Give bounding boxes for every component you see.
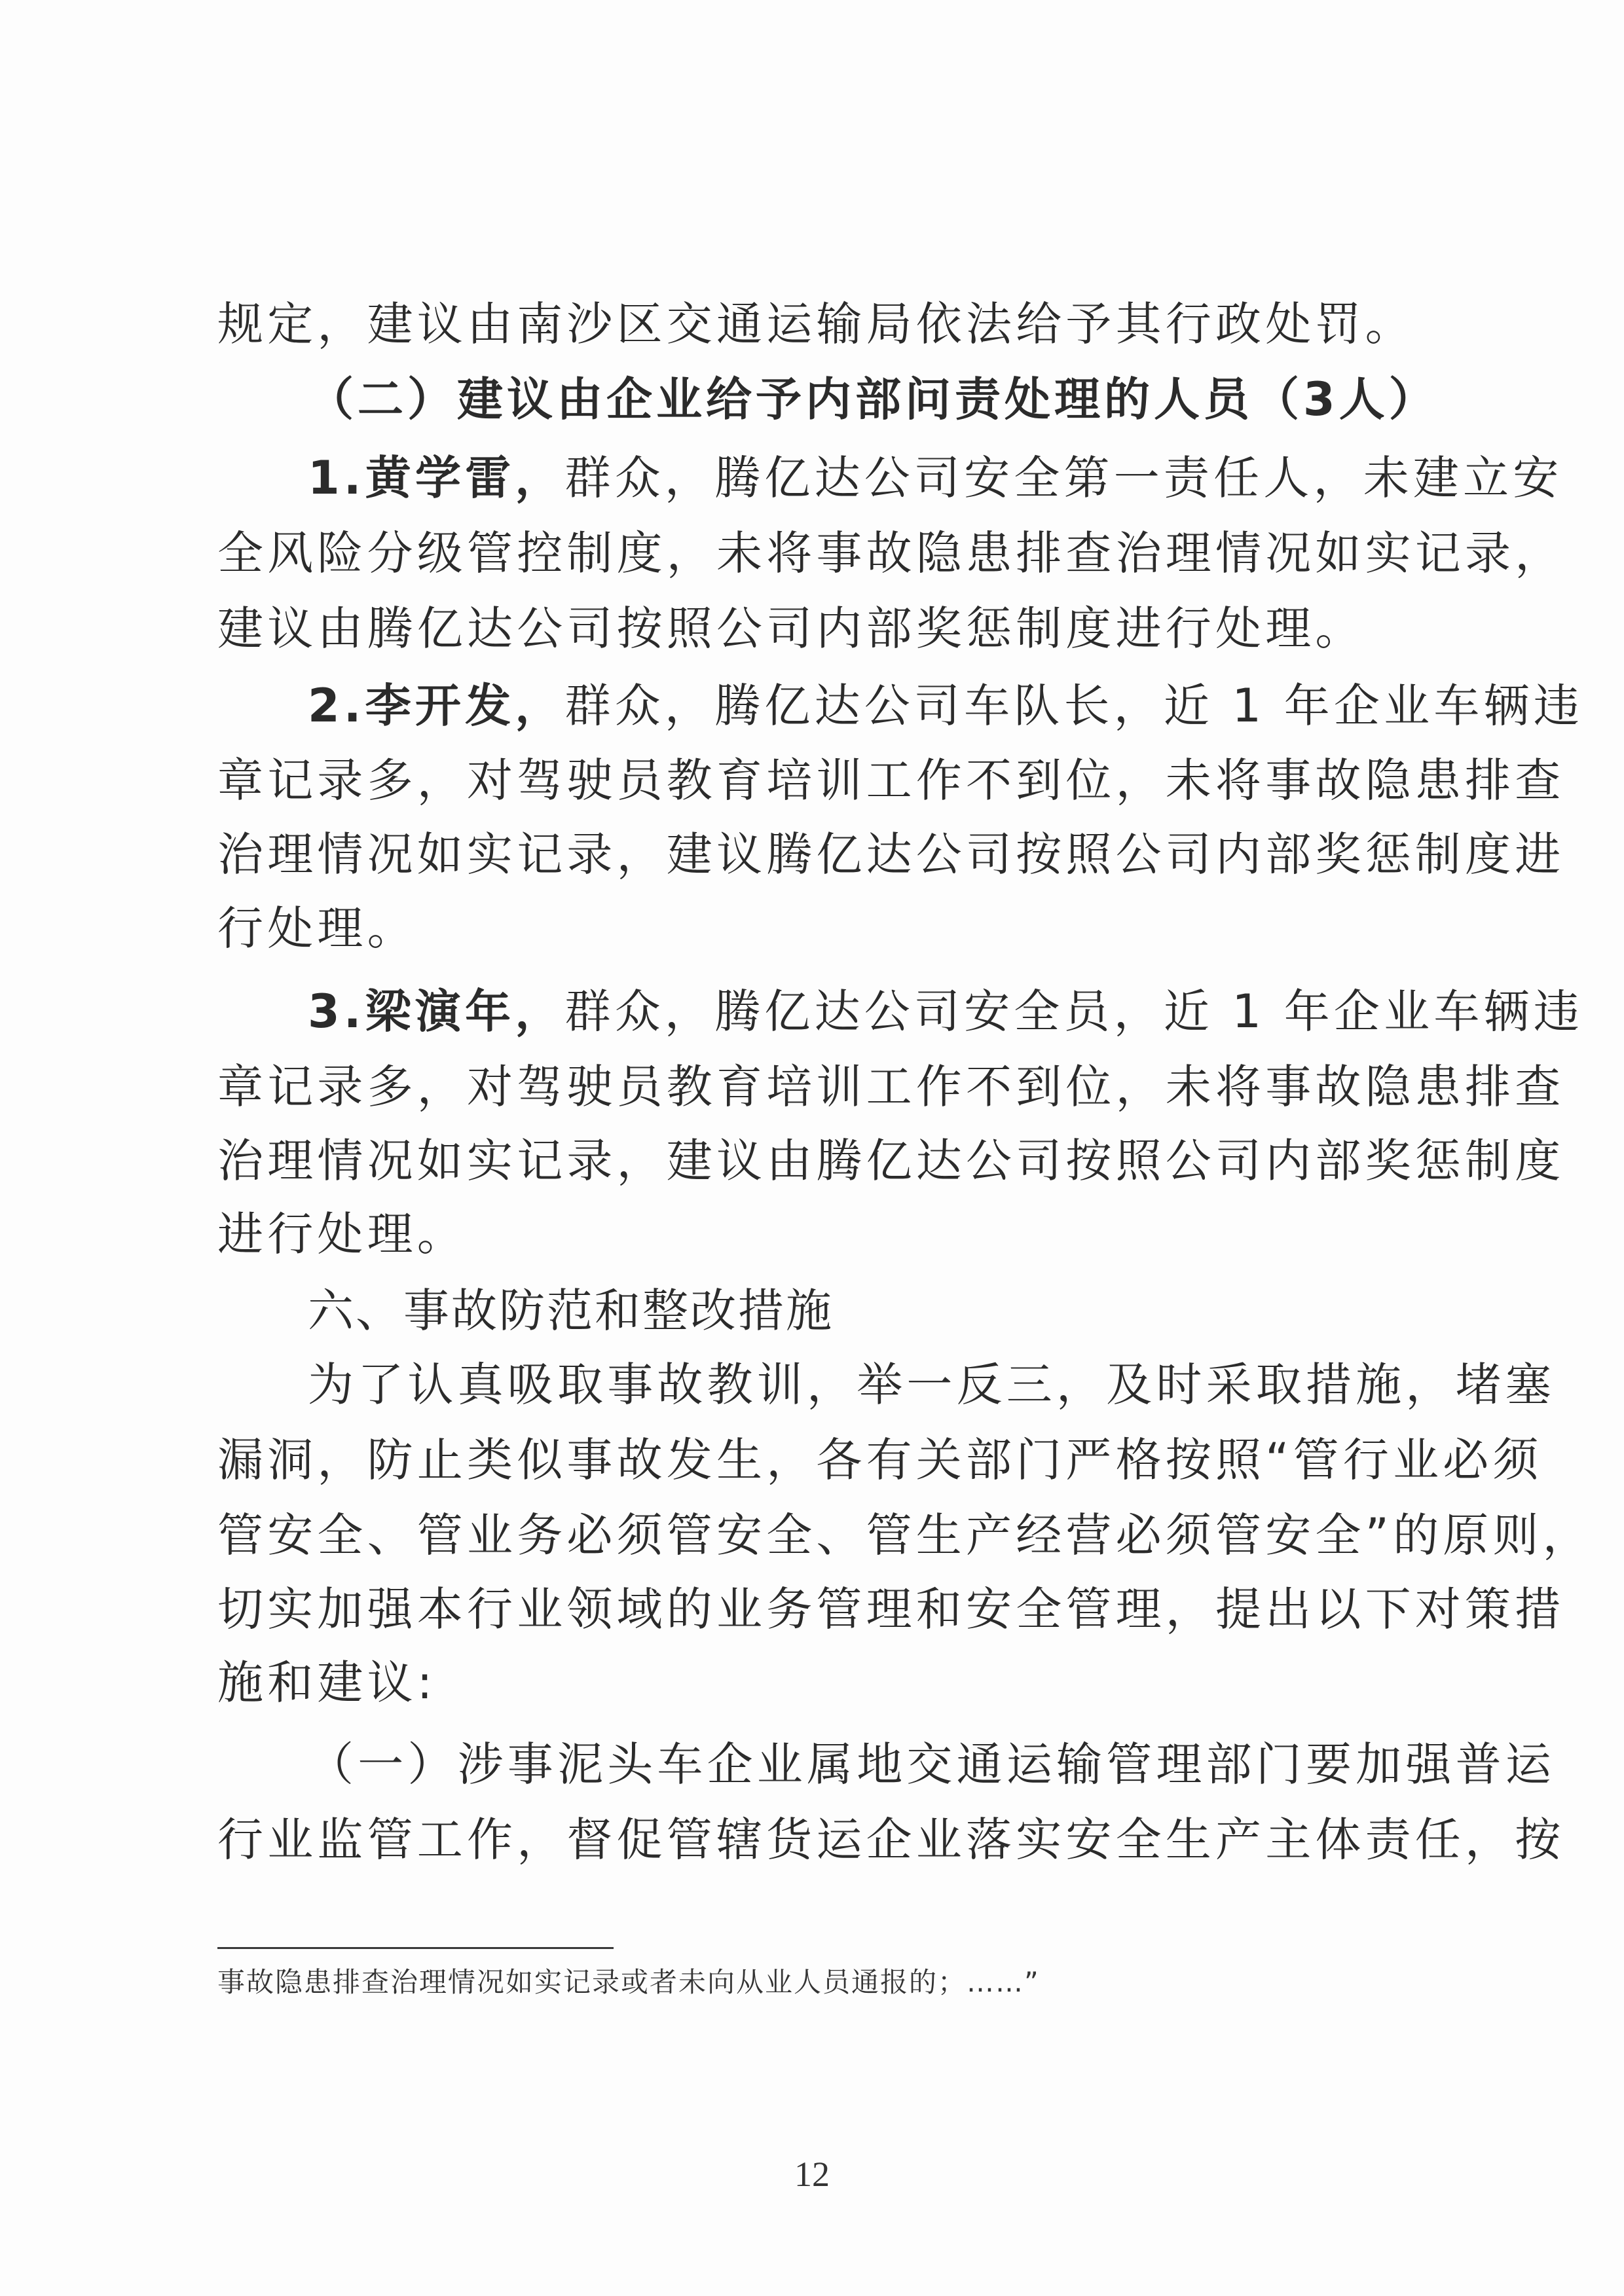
person-name: 2.李开发， [308, 679, 565, 733]
paragraph-line: 治理情况如实记录，建议由腾亿达公司按照公司内部奖惩制度 [217, 1135, 1409, 1187]
paragraph-line: 切实加强本行业领域的业务管理和安全管理，提出以下对策措 [217, 1583, 1409, 1635]
paragraph-line: 为了认真吸取事故教训，举一反三，及时采取措施，堵塞 [308, 1358, 1409, 1411]
list-item-3-line: 3.梁演年，群众，腾亿达公司安全员，近 1 年企业车辆违 [308, 985, 1409, 1038]
document-page: 规定，建议由南沙区交通运输局依法给予其行政处罚。 （二）建议由企业给予内部问责处… [0, 0, 1624, 2296]
paragraph-line: 漏洞，防止类似事故发生，各有关部门严格按照“管行业必须 [217, 1434, 1409, 1486]
person-name: 3.梁演年， [308, 985, 565, 1038]
list-item-1-line: 1.黄学雷，群众，腾亿达公司安全第一责任人，未建立安 [308, 452, 1409, 504]
item-text: 群众，腾亿达公司安全员，近 1 年企业车辆违 [565, 985, 1583, 1038]
paragraph-line: 章记录多，对驾驶员教育培训工作不到位，未将事故隐患排查 [217, 754, 1409, 807]
paragraph-line: 规定，建议由南沙区交通运输局依法给予其行政处罚。 [217, 298, 1409, 350]
subsection-heading: （二）建议由企业给予内部问责处理的人员（3人） [308, 373, 1500, 426]
footnote-divider [217, 1947, 614, 1949]
paragraph-line: （一）涉事泥头车企业属地交通运输管理部门要加强普运 [308, 1738, 1409, 1791]
paragraph-line: 全风险分级管控制度，未将事故隐患排查治理情况如实记录， [217, 527, 1409, 579]
footnote-text: 事故隐患排查治理情况如实记录或者未向从业人员通报的；……” [217, 1966, 1040, 1999]
paragraph-line: 进行处理。 [217, 1208, 1409, 1260]
item-text: 群众，腾亿达公司安全第一责任人，未建立安 [565, 451, 1563, 505]
paragraph-line: 章记录多，对驾驶员教育培训工作不到位，未将事故隐患排查 [217, 1061, 1409, 1113]
paragraph-line: 施和建议: [217, 1656, 1409, 1709]
paragraph-line: 行处理。 [217, 902, 1409, 955]
person-name: 1.黄学雷， [308, 451, 565, 505]
paragraph-line: 治理情况如实记录，建议腾亿达公司按照公司内部奖惩制度进 [217, 828, 1409, 881]
paragraph-line: 建议由腾亿达公司按照公司内部奖惩制度进行处理。 [217, 602, 1409, 655]
paragraph-line: 管安全、管业务必须管安全、管生产经营必须管安全”的原则， [217, 1509, 1409, 1561]
page-number: 12 [0, 2154, 1624, 2195]
item-text: 群众，腾亿达公司车队长，近 1 年企业车辆违 [565, 679, 1583, 733]
paragraph-line: 行业监管工作，督促管辖货运企业落实安全生产主体责任，按 [217, 1813, 1409, 1866]
list-item-2-line: 2.李开发，群众，腾亿达公司车队长，近 1 年企业车辆违 [308, 680, 1409, 732]
section-heading: 六、事故防范和整改措施 [308, 1285, 1409, 1337]
